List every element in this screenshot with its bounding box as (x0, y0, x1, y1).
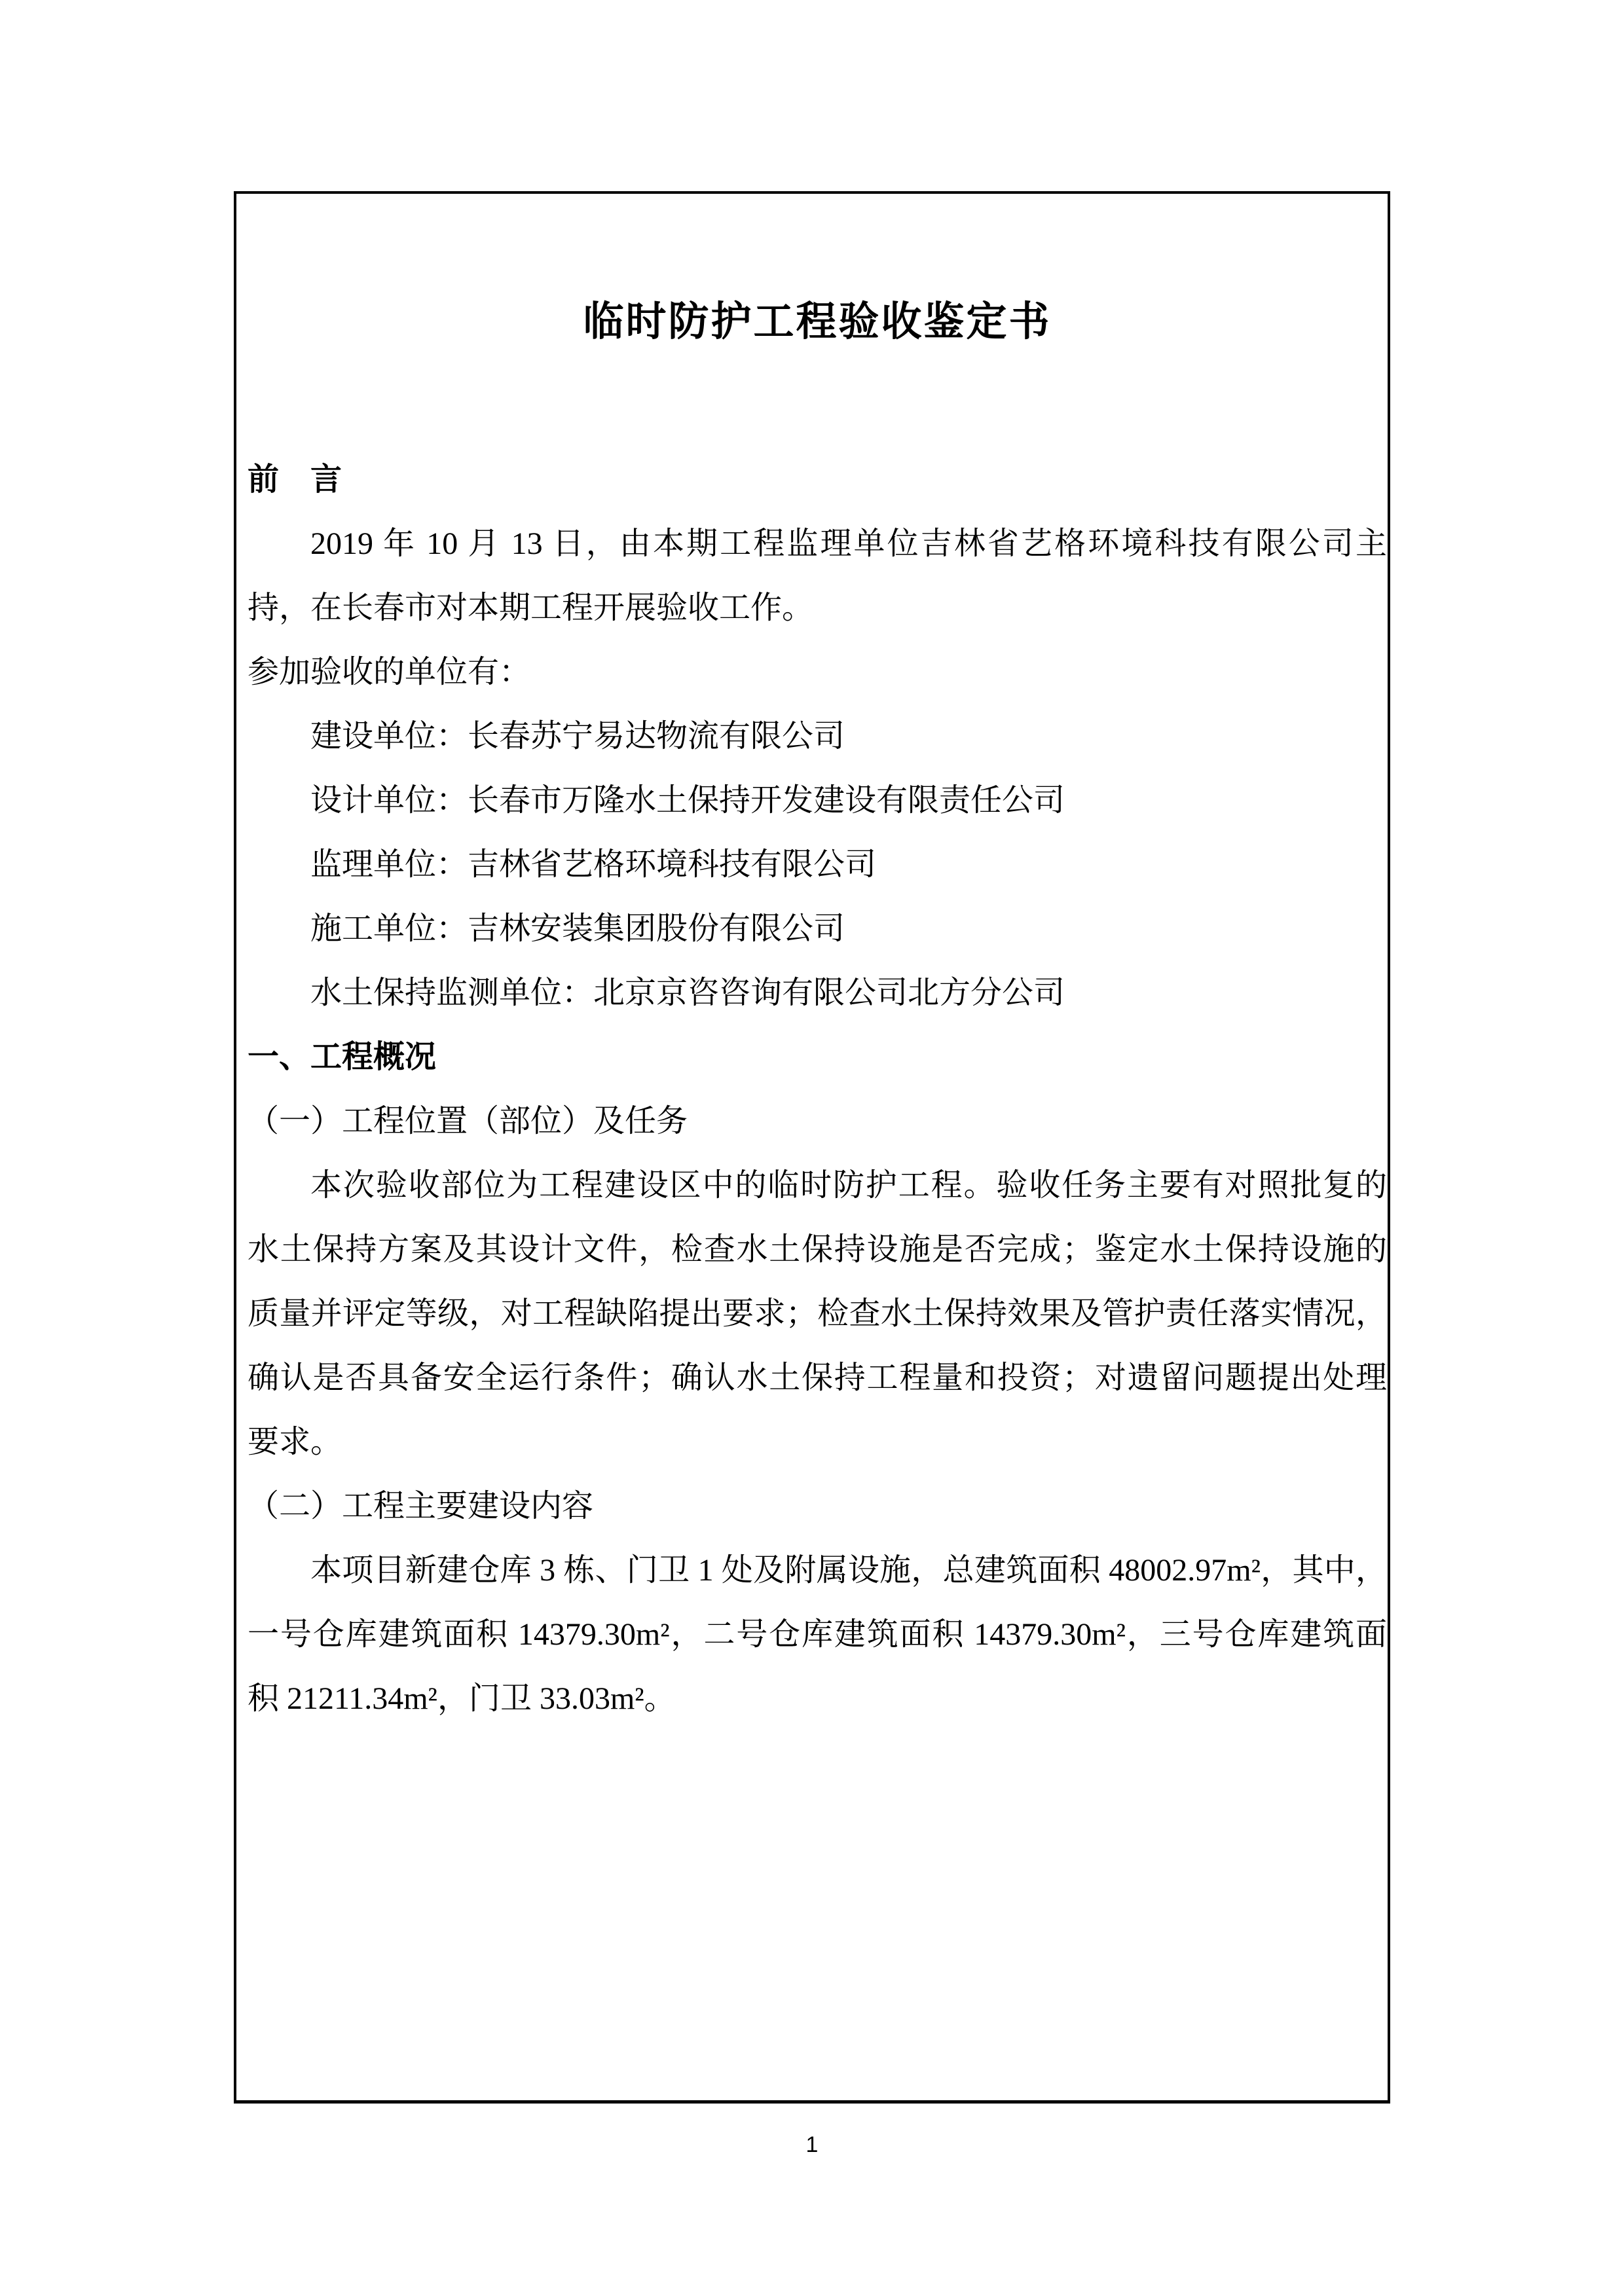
text-line: 监理单位：吉林省艺格环境科技有限公司 (248, 833, 1387, 897)
text-line: 2019 年 10 月 13 日，由本期工程监理单位吉林省艺格环境科技有限公司主 (248, 512, 1387, 576)
text-line: 质量并评定等级，对工程缺陷提出要求；检查水土保持效果及管护责任落实情况， (248, 1282, 1387, 1346)
text-line: 确认是否具备安全运行条件；确认水土保持工程量和投资；对遗留问题提出处理 (248, 1346, 1387, 1410)
text-line: 参加验收的单位有： (248, 640, 1387, 704)
content-border-box: 临时防护工程验收鉴定书 前 言2019 年 10 月 13 日，由本期工程监理单… (234, 191, 1390, 2104)
document-title: 临时防护工程验收鉴定书 (248, 292, 1387, 352)
text-line: 一号仓库建筑面积 14379.30m²，二号仓库建筑面积 14379.30m²，… (248, 1603, 1387, 1667)
text-line: 要求。 (248, 1410, 1387, 1474)
text-line: （一）工程位置（部位）及任务 (248, 1089, 1387, 1154)
text-line: 水土保持方案及其设计文件，检查水土保持设施是否完成；鉴定水土保持设施的 (248, 1218, 1387, 1282)
section-heading: 前 言 (248, 448, 1387, 512)
text-line: 积 21211.34m²，门卫 33.03m²。 (248, 1667, 1387, 1731)
page-number: 1 (0, 2132, 1624, 2158)
text-line: 设计单位：长春市万隆水土保持开发建设有限责任公司 (248, 769, 1387, 833)
text-line: 本次验收部位为工程建设区中的临时防护工程。验收任务主要有对照批复的 (248, 1154, 1387, 1218)
document-body: 前 言2019 年 10 月 13 日，由本期工程监理单位吉林省艺格环境科技有限… (248, 448, 1387, 1731)
text-line: 持，在长春市对本期工程开展验收工作。 (248, 576, 1387, 640)
text-line: 本项目新建仓库 3 栋、门卫 1 处及附属设施，总建筑面积 48002.97m²… (248, 1539, 1387, 1603)
text-line: 建设单位：长春苏宁易达物流有限公司 (248, 704, 1387, 769)
document-page: 临时防护工程验收鉴定书 前 言2019 年 10 月 13 日，由本期工程监理单… (0, 0, 1624, 2296)
text-line: （二）工程主要建设内容 (248, 1474, 1387, 1539)
section-heading: 一、工程概况 (248, 1025, 1387, 1089)
text-line: 施工单位：吉林安装集团股份有限公司 (248, 897, 1387, 961)
text-line: 水土保持监测单位：北京京咨咨询有限公司北方分公司 (248, 961, 1387, 1025)
